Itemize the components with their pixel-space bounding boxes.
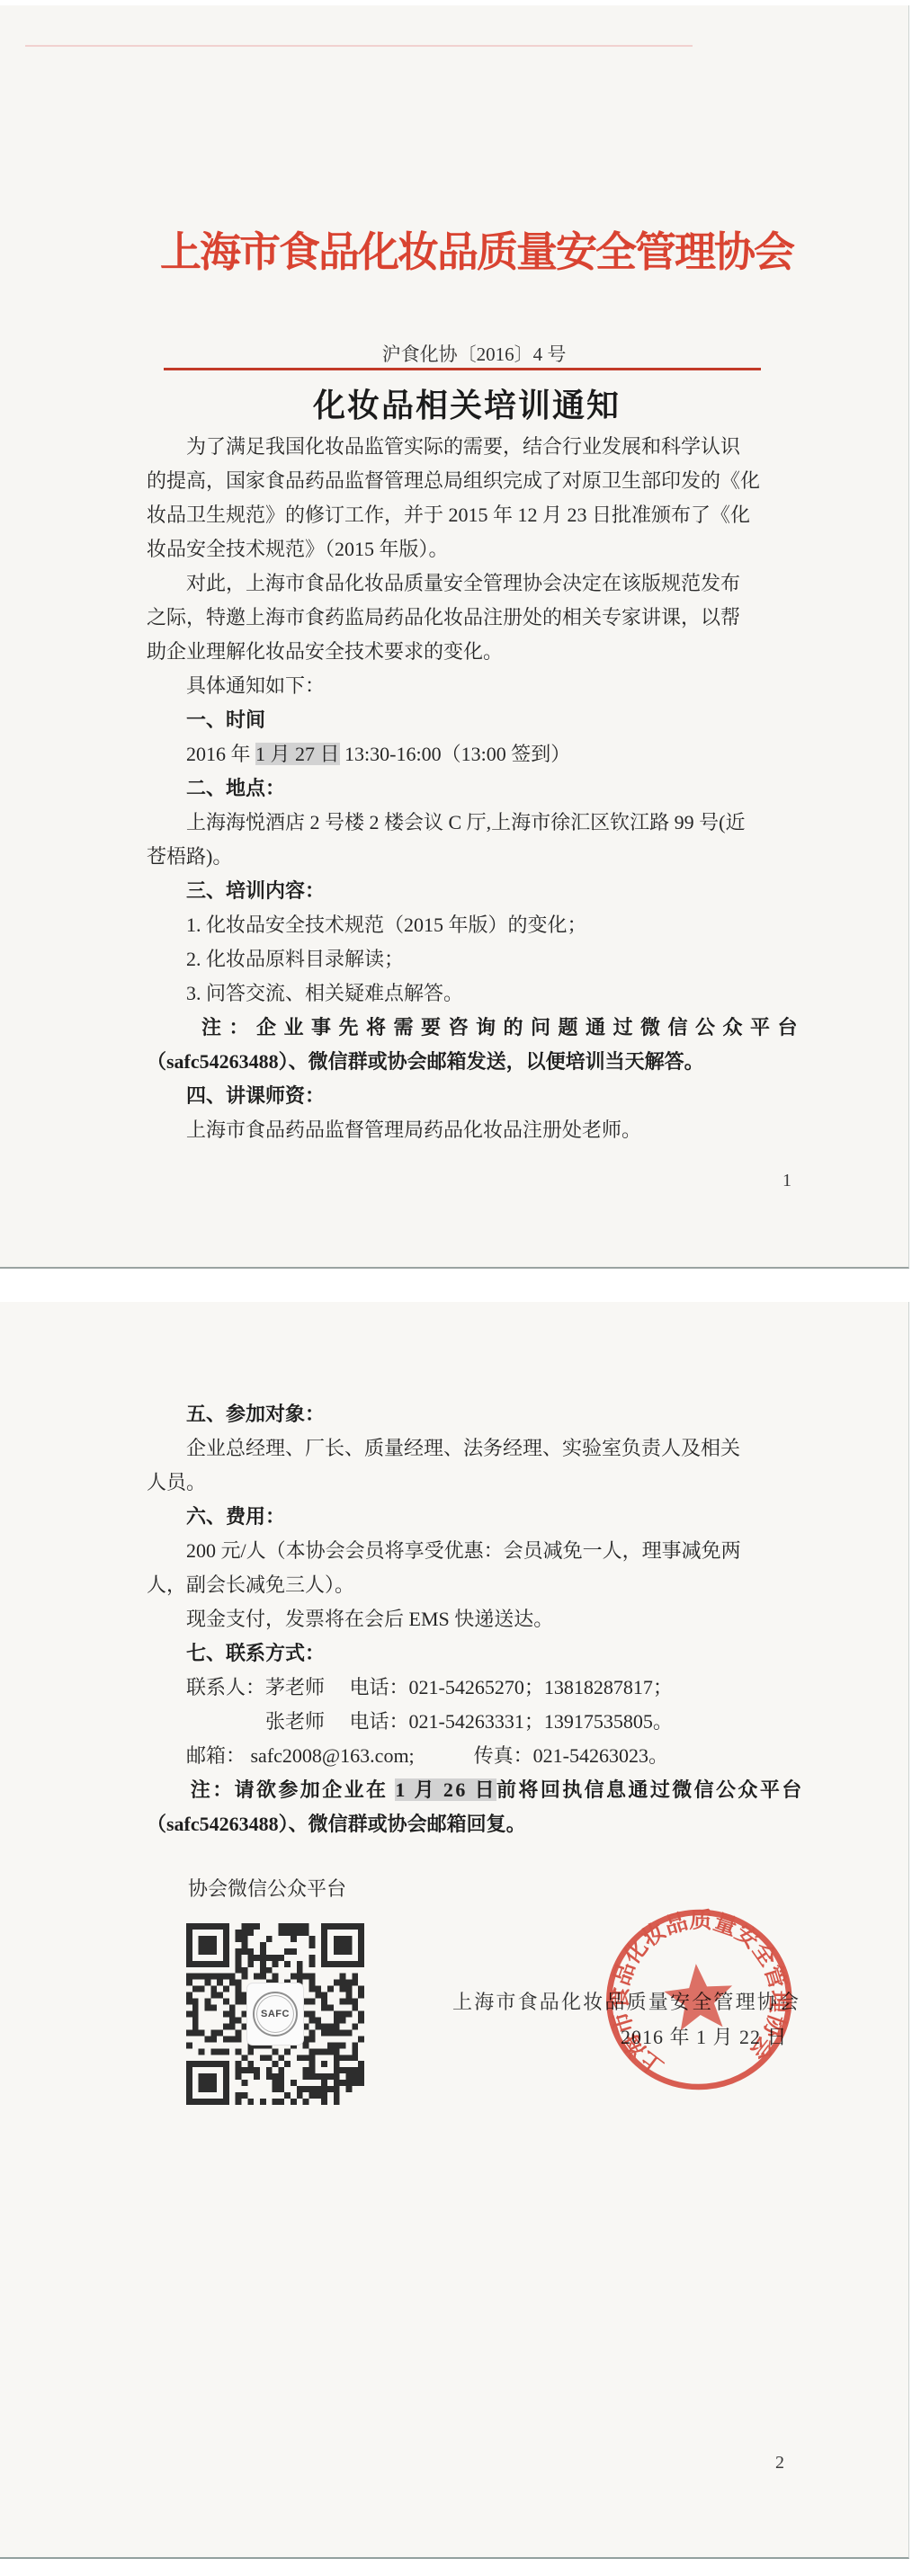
text-segment: 3. 问答交流、相关疑难点解答。 <box>147 982 463 1004</box>
text-line: 的提高，国家食品药品监督管理总局组织完成了对原卫生部印发的《化 <box>147 464 806 498</box>
page2-body-text: 五、参加对象： 企业总经理、厂长、质量经理、法务经理、实验室负责人及相关人员。 … <box>147 1397 806 1841</box>
text-segment: 对此，上海市食品化妆品质量安全管理协会决定在该版规范发布 <box>147 572 740 594</box>
text-line: 具体通知如下： <box>147 669 806 703</box>
text-segment: 注：企业事先将需要咨询的问题通过微信公众平台 <box>147 1016 805 1038</box>
text-line: （safc54263488）、微信群或协会邮箱回复。 <box>147 1807 806 1841</box>
text-line: 1. 化妆品安全技术规范（2015 年版）的变化； <box>147 908 806 942</box>
text-segment: 2016 年 <box>147 743 255 765</box>
document-scan: { "header": { "org_title": "上海市食品化妆品质量安全… <box>0 0 921 2576</box>
wechat-qr-code: SAFC <box>186 1923 364 2105</box>
safc-logo-text: SAFC <box>261 2009 290 2019</box>
text-line: 对此，上海市食品化妆品质量安全管理协会决定在该版规范发布 <box>147 566 806 601</box>
date-highlight: 1 月 26 日 <box>395 1778 496 1801</box>
text-segment: 现金支付，发票将在会后 EMS 快递送达。 <box>147 1608 553 1630</box>
text-line: 一、时间 <box>147 703 806 737</box>
page1-body-text: 为了满足我国化妆品监管实际的需要，结合行业发展和科学认识的提高，国家食品药品监督… <box>147 430 806 1147</box>
text-line: 苍梧路)。 <box>147 840 806 874</box>
text-segment: 上海海悦酒店 2 号楼 2 楼会议 C 厅,上海市徐汇区钦江路 99 号(近 <box>147 811 746 833</box>
text-segment: 三、培训内容： <box>147 879 325 902</box>
text-segment: 一、时间 <box>147 709 265 731</box>
text-line: 张老师 电话：021-54263331；13917535805。 <box>147 1705 806 1739</box>
text-segment: （safc54263488）、微信群或协会邮箱回复。 <box>147 1813 526 1835</box>
text-line: 人员。 <box>147 1466 806 1500</box>
notice-title: 化妆品相关培训通知 <box>45 380 889 426</box>
text-segment: 七、联系方式： <box>147 1642 325 1664</box>
text-segment: 妆品卫生规范》的修订工作，并于 2015 年 12 月 23 日批准颁布了《化 <box>147 504 750 526</box>
text-segment: 妆品安全技术规范》（2015 年版）。 <box>147 538 449 560</box>
page-number: 1 <box>782 1171 791 1191</box>
text-segment: 1. 化妆品安全技术规范（2015 年版）的变化； <box>147 914 587 936</box>
text-line: 妆品卫生规范》的修订工作，并于 2015 年 12 月 23 日批准颁布了《化 <box>147 498 806 532</box>
text-line: 四、讲课师资： <box>147 1079 806 1113</box>
text-line: 之际，特邀上海市食药监局药品化妆品注册处的相关专家讲课，以帮 <box>147 601 806 635</box>
text-segment: 2. 化妆品原料目录解读； <box>147 948 404 970</box>
text-line: 七、联系方式： <box>147 1636 806 1671</box>
text-line: 3. 问答交流、相关疑难点解答。 <box>147 976 806 1011</box>
text-line: 注：请欲参加企业在 1 月 26 日前将回执信息通过微信公众平台 <box>147 1773 806 1807</box>
text-segment: 联系人：茅老师 电话：021-54265270；13818287817； <box>147 1676 673 1698</box>
doc-number: 沪食化协〔2016〕4 号 <box>45 340 903 367</box>
text-line: 二、地点： <box>147 771 806 806</box>
text-line: 五、参加对象： <box>147 1397 806 1431</box>
text-segment: 苍梧路)。 <box>147 845 232 868</box>
text-segment: 13:30-16:00（13:00 签到） <box>340 743 571 765</box>
page-number: 2 <box>775 2453 784 2473</box>
text-segment: 人员。 <box>147 1471 206 1493</box>
scan-artifact-line <box>25 45 693 47</box>
text-line: 200 元/人（本协会会员将享受优惠：会员减免一人，理事减免两 <box>147 1534 806 1568</box>
text-segment: 之际，特邀上海市食药监局药品化妆品注册处的相关专家讲课，以帮 <box>147 606 740 628</box>
text-segment: 为了满足我国化妆品监管实际的需要，结合行业发展和科学认识 <box>147 435 740 458</box>
text-line: 助企业理解化妆品安全技术要求的变化。 <box>147 635 806 669</box>
text-line: 现金支付，发票将在会后 EMS 快递送达。 <box>147 1602 806 1636</box>
text-segment: 200 元/人（本协会会员将享受优惠：会员减免一人，理事减免两 <box>147 1539 741 1562</box>
page-2: 五、参加对象： 企业总经理、厂长、质量经理、法务经理、实验室负责人及相关人员。 … <box>0 1302 909 2559</box>
text-segment: 的提高，国家食品药品监督管理总局组织完成了对原卫生部印发的《化 <box>147 469 760 492</box>
text-segment: 企业总经理、厂长、质量经理、法务经理、实验室负责人及相关 <box>147 1437 740 1459</box>
page-1: 上海市食品化妆品质量安全管理协会 沪食化协〔2016〕4 号 化妆品相关培训通知… <box>0 5 909 1269</box>
text-line: 上海市食品药品监督管理局药品化妆品注册处老师。 <box>147 1113 806 1147</box>
text-segment: 人，副会长减免三人）。 <box>147 1573 354 1596</box>
text-line: 为了满足我国化妆品监管实际的需要，结合行业发展和科学认识 <box>147 430 806 464</box>
text-line: 三、培训内容： <box>147 874 806 908</box>
text-segment: （safc54263488）、微信群或协会邮箱发送，以便培训当天解答。 <box>147 1050 704 1073</box>
text-line: 人，副会长减免三人）。 <box>147 1568 806 1602</box>
text-segment: 注：请欲参加企业在 <box>147 1778 395 1801</box>
text-segment: 助企业理解化妆品安全技术要求的变化。 <box>147 640 503 663</box>
text-line: 企业总经理、厂长、质量经理、法务经理、实验室负责人及相关 <box>147 1431 806 1466</box>
official-seal-stamp: 上海市食品化妆品质量安全管理协会 <box>593 1898 808 2116</box>
text-line: 2016 年 1 月 27 日 13:30-16:00（13:00 签到） <box>147 737 806 771</box>
text-segment: 六、费用： <box>147 1505 285 1528</box>
text-line: 2. 化妆品原料目录解读； <box>147 942 806 976</box>
text-segment: 上海市食品药品监督管理局药品化妆品注册处老师。 <box>147 1119 641 1141</box>
text-segment: 五、参加对象： <box>147 1403 325 1425</box>
text-line: 邮箱： safc2008@163.com; 传真：021-54263023。 <box>147 1739 806 1773</box>
text-line: （safc54263488）、微信群或协会邮箱发送，以便培训当天解答。 <box>147 1045 806 1079</box>
org-title: 上海市食品化妆品质量安全管理协会 <box>45 219 908 279</box>
text-line: 注：企业事先将需要咨询的问题通过微信公众平台 <box>147 1011 806 1045</box>
text-segment: 张老师 电话：021-54263331；13917535805。 <box>147 1710 673 1733</box>
safc-logo: SAFC <box>247 1983 303 2045</box>
safc-logo-seal: SAFC <box>253 1992 298 2037</box>
text-segment: 二、地点： <box>147 777 285 799</box>
text-segment: 前将回执信息通过微信公众平台 <box>496 1778 804 1801</box>
text-line: 联系人：茅老师 电话：021-54265270；13818287817； <box>147 1671 806 1705</box>
text-segment: 邮箱： safc2008@163.com; 传真：021-54263023。 <box>147 1744 668 1767</box>
text-segment: 具体通知如下： <box>147 674 325 697</box>
text-line: 妆品安全技术规范》（2015 年版）。 <box>147 532 806 566</box>
date-highlight: 1 月 27 日 <box>255 743 340 765</box>
text-line: 六、费用： <box>147 1500 806 1534</box>
seal-star-icon <box>662 1961 736 2032</box>
text-segment: 四、讲课师资： <box>147 1084 325 1107</box>
text-line: 上海海悦酒店 2 号楼 2 楼会议 C 厅,上海市徐汇区钦江路 99 号(近 <box>147 806 806 840</box>
wechat-platform-label: 协会微信公众平台 <box>188 1874 346 1902</box>
red-divider-rule <box>164 368 761 370</box>
